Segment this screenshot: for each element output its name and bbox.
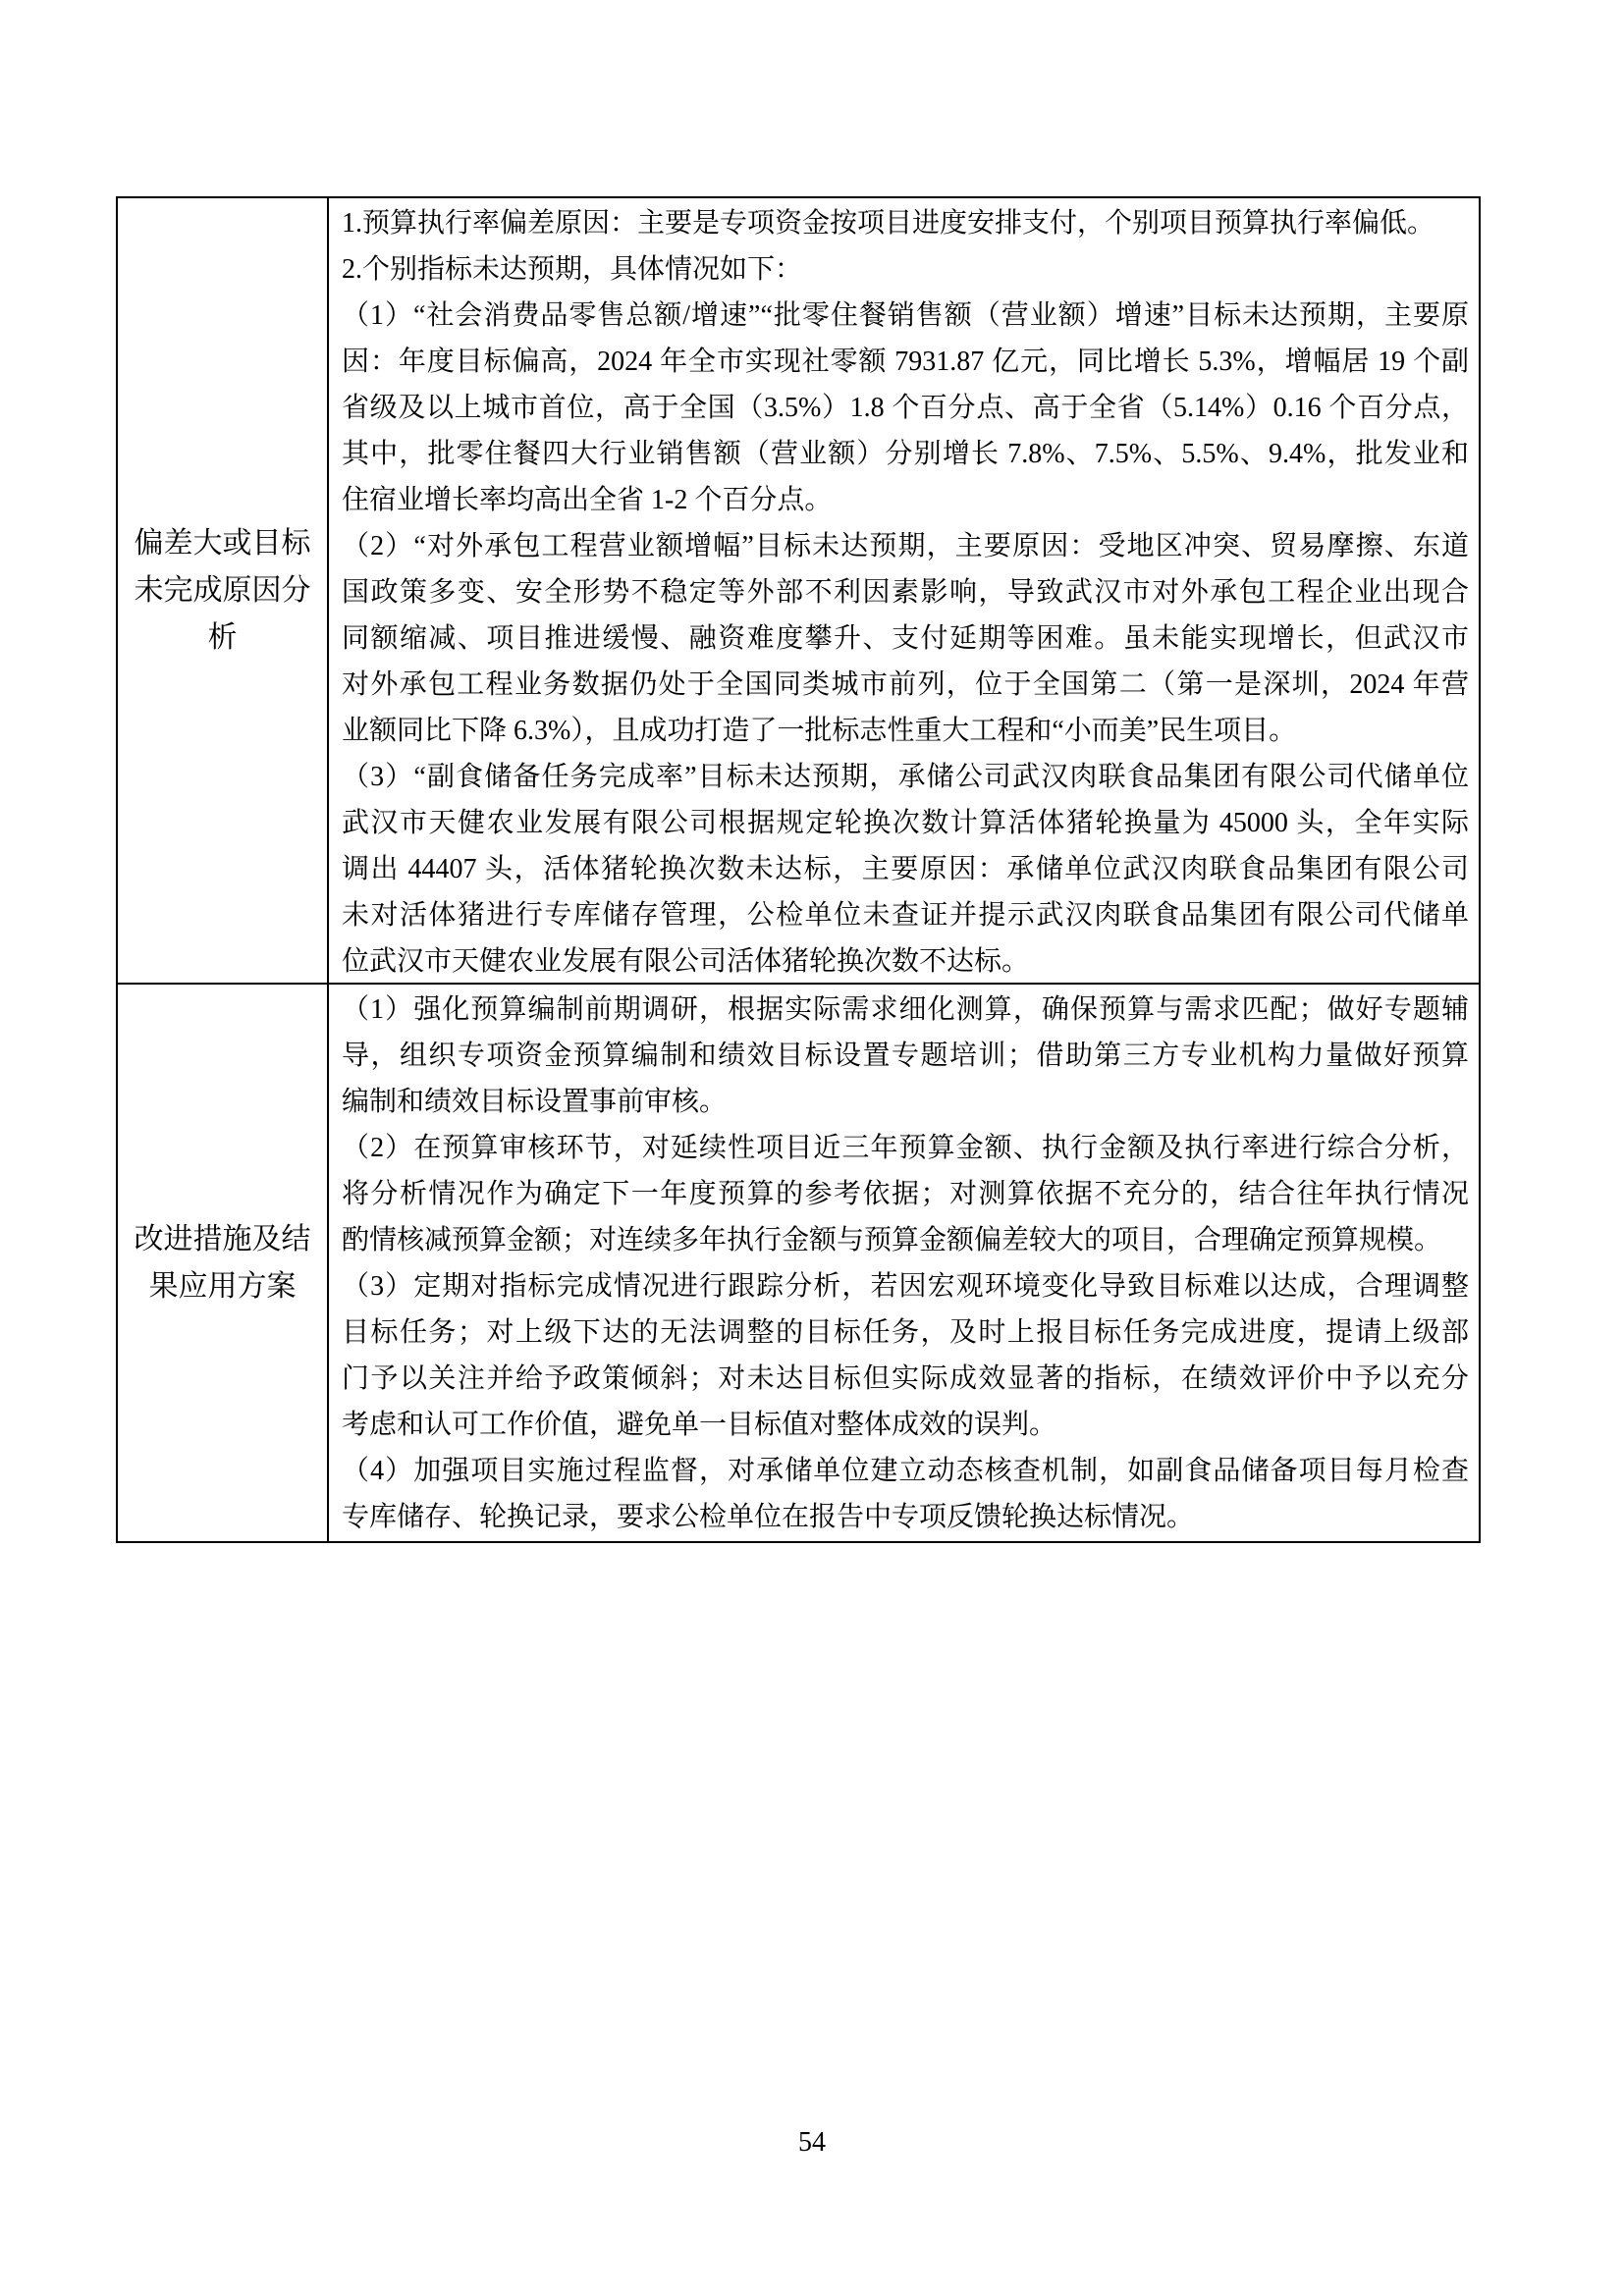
text-line: 门予以关注并给予政策倾斜；对未达目标但实际成效显著的指标，在绩效评价中予以充分	[342, 1356, 1469, 1402]
text-line: 业额同比下降 6.3%），且成功打造了一批标志性重大工程和“小而美”民生项目。	[342, 708, 1469, 754]
text-line: 导，组织专项资金预算编制和绩效目标设置专题培训；借助第三方专业机构力量做好预算	[342, 1033, 1469, 1079]
text-line: 2.个别指标未达预期，具体情况如下：	[342, 246, 1469, 293]
page-number: 54	[0, 2126, 1624, 2160]
text-line: 将分析情况作为确定下一年度预算的参考依据；对测算依据不充分的，结合往年执行情况	[342, 1171, 1469, 1217]
row-deviation-analysis: 偏差大或目标未完成原因分析 1.预算执行率偏差原因：主要是专项资金按项目进度安排…	[118, 198, 1479, 985]
text-line: （2）在预算审核环节，对延续性项目近三年预算金额、执行金额及执行率进行综合分析，	[342, 1125, 1469, 1171]
label-cell-deviation-analysis: 偏差大或目标未完成原因分析	[118, 198, 329, 983]
row-label-improvement-measures: 改进措施及结果应用方案	[130, 1216, 315, 1310]
text-line: 未对活体猪进行专库储存管理，公检单位未查证并提示武汉肉联食品集团有限公司代储单	[342, 892, 1469, 938]
text-line: 调出 44407 头，活体猪轮换次数未达标，主要原因：承储单位武汉肉联食品集团有…	[342, 846, 1469, 892]
text-line: 对外承包工程业务数据仍处于全国同类城市前列，位于全国第二（第一是深圳，2024 …	[342, 662, 1469, 708]
text-line: （1）强化预算编制前期调研，根据实际需求细化测算，确保预算与需求匹配；做好专题辅	[342, 987, 1469, 1033]
text-line: （2）“对外承包工程营业额增幅”目标未达预期，主要原因：受地区冲突、贸易摩擦、东…	[342, 523, 1469, 569]
text-line: 酌情核减预算金额；对连续多年执行金额与预算金额偏差较大的项目，合理确定预算规模。	[342, 1217, 1469, 1263]
text-line: 位武汉市天健农业发展有限公司活体猪轮换次数不达标。	[342, 938, 1469, 983]
text-line: 因：年度目标偏高，2024 年全市实现社零额 7931.87 亿元，同比增长 5…	[342, 339, 1469, 385]
content-cell-deviation-analysis: 1.预算执行率偏差原因：主要是专项资金按项目进度安排支付，个别项目预算执行率偏低…	[329, 198, 1479, 983]
report-page: 偏差大或目标未完成原因分析 1.预算执行率偏差原因：主要是专项资金按项目进度安排…	[0, 0, 1624, 2296]
text-line: （4）加强项目实施过程监督，对承储单位建立动态核查机制，如副食品储备项目每月检查	[342, 1448, 1469, 1494]
text-line: 考虑和认可工作价值，避免单一目标值对整体成效的误判。	[342, 1402, 1469, 1448]
text-line: 武汉市天健农业发展有限公司根据规定轮换次数计算活体猪轮换量为 45000 头，全…	[342, 800, 1469, 846]
performance-report-table: 偏差大或目标未完成原因分析 1.预算执行率偏差原因：主要是专项资金按项目进度安排…	[116, 196, 1481, 1543]
text-line: 编制和绩效目标设置事前审核。	[342, 1079, 1469, 1125]
text-line: 国政策多变、安全形势不稳定等外部不利因素影响，导致武汉市对外承包工程企业出现合	[342, 569, 1469, 615]
text-line: 省级及以上城市首位，高于全国（3.5%）1.8 个百分点、高于全省（5.14%）…	[342, 385, 1469, 431]
text-line: （3）“副食储备任务完成率”目标未达预期，承储公司武汉肉联食品集团有限公司代储单…	[342, 754, 1469, 800]
text-line: （1）“社会消费品零售总额/增速”“批零住餐销售额（营业额）增速”目标未达预期，…	[342, 293, 1469, 339]
text-line: 1.预算执行率偏差原因：主要是专项资金按项目进度安排支付，个别项目预算执行率偏低…	[342, 200, 1469, 246]
text-line: 专库储存、轮换记录，要求公检单位在报告中专项反馈轮换达标情况。	[342, 1494, 1469, 1540]
text-line: （3）定期对指标完成情况进行跟踪分析，若因宏观环境变化导致目标难以达成，合理调整	[342, 1263, 1469, 1309]
row-label-deviation-analysis: 偏差大或目标未完成原因分析	[130, 520, 315, 662]
content-cell-improvement-measures: （1）强化预算编制前期调研，根据实际需求细化测算，确保预算与需求匹配；做好专题辅…	[329, 985, 1479, 1541]
text-line: 同额缩减、项目推进缓慢、融资难度攀升、支付延期等困难。虽未能实现增长，但武汉市	[342, 615, 1469, 662]
row-improvement-measures: 改进措施及结果应用方案 （1）强化预算编制前期调研，根据实际需求细化测算，确保预…	[118, 985, 1479, 1541]
text-line: 住宿业增长率均高出全省 1-2 个百分点。	[342, 477, 1469, 523]
label-cell-improvement-measures: 改进措施及结果应用方案	[118, 985, 329, 1541]
text-line: 目标任务；对上级下达的无法调整的目标任务，及时上报目标任务完成进度，提请上级部	[342, 1309, 1469, 1356]
text-line: 其中，批零住餐四大行业销售额（营业额）分别增长 7.8%、7.5%、5.5%、9…	[342, 431, 1469, 477]
